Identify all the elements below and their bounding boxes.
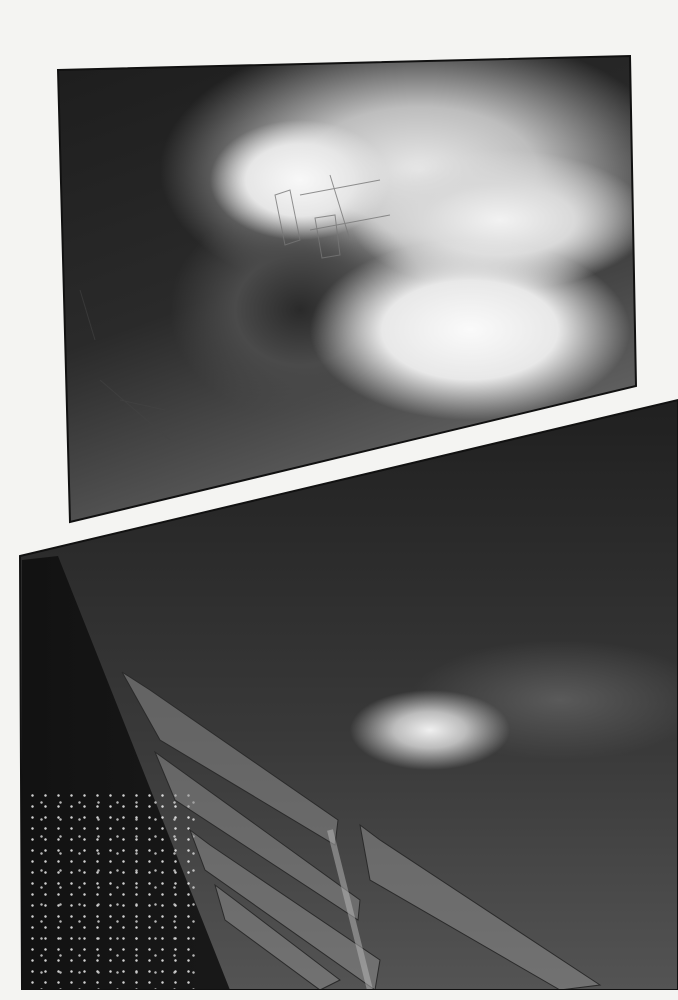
manga-page bbox=[0, 0, 678, 1000]
panel-bottom-frame bbox=[0, 0, 678, 1000]
page-margin bbox=[0, 990, 678, 1000]
